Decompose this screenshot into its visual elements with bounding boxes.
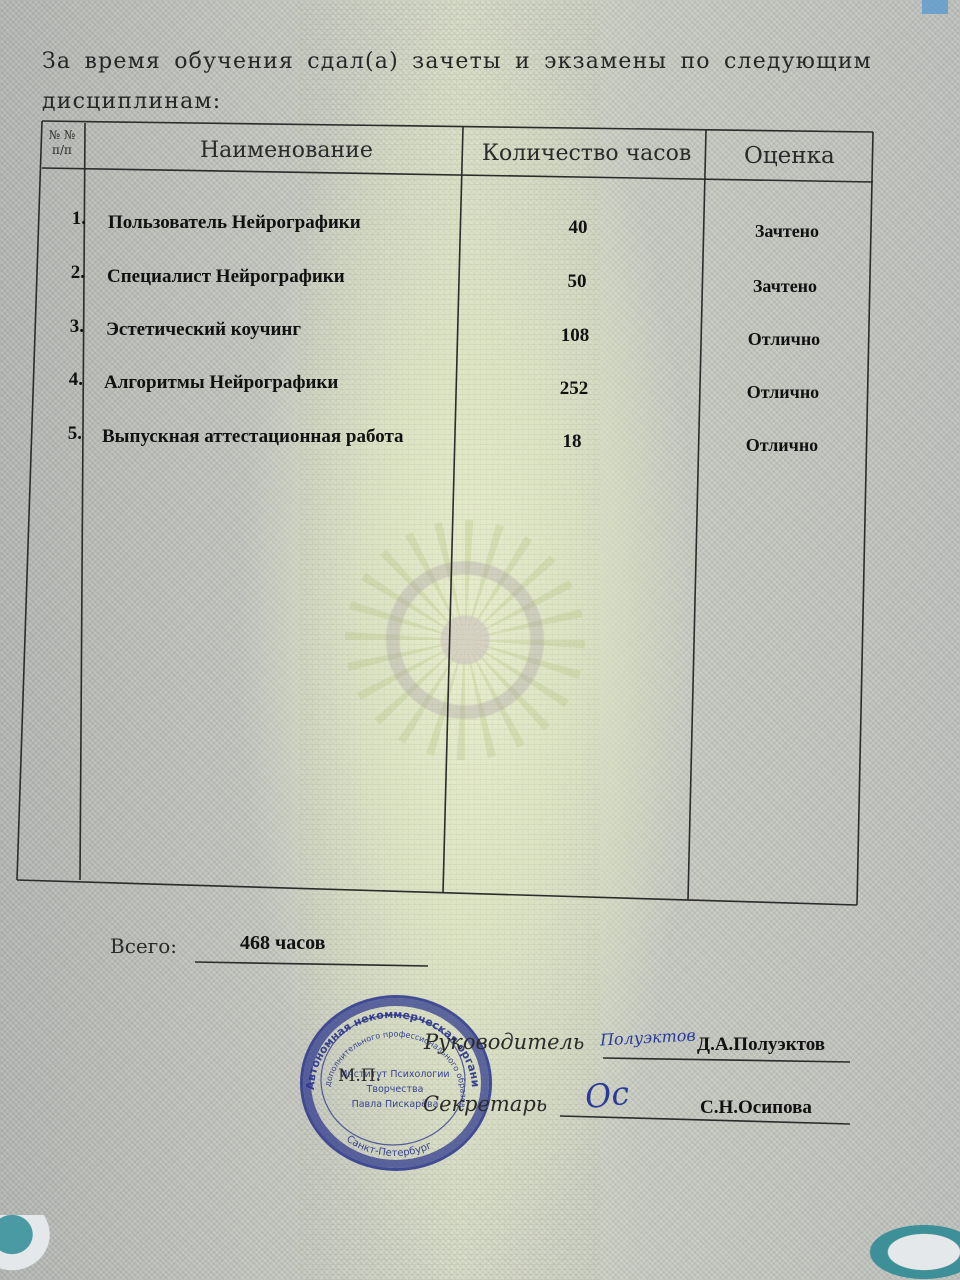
- decorative-corner-right: [840, 1210, 960, 1280]
- row-number: 1.: [46, 208, 86, 230]
- row-number: 4.: [43, 369, 83, 391]
- total-value: 468 часов: [240, 932, 325, 955]
- row-hours: 252: [534, 378, 614, 400]
- header-hours: Количество часов: [482, 141, 691, 166]
- row-number: 5.: [42, 423, 82, 445]
- header-grade: Оценка: [744, 143, 835, 169]
- row-hours: 108: [535, 325, 615, 347]
- row-name: Эстетический коучинг: [106, 319, 301, 341]
- row-name: Выпускная аттестационная работа: [102, 426, 404, 448]
- seal-mark: М.П.: [338, 1066, 381, 1086]
- row-grade: Зачтено: [732, 221, 842, 242]
- header-number: № № п/п: [44, 128, 80, 158]
- row-hours: 18: [532, 431, 612, 453]
- row-number: 2.: [45, 262, 85, 284]
- head-role: Руководитель: [424, 1030, 584, 1054]
- secretary-signature: Ос: [583, 1074, 631, 1116]
- decorative-corner-left: [0, 1215, 60, 1280]
- row-name: Алгоритмы Нейрографики: [104, 372, 338, 394]
- head-name: Д.А.Полуэктов: [697, 1034, 825, 1056]
- total-label: Всего:: [110, 934, 177, 958]
- row-number: 3.: [44, 316, 84, 338]
- row-hours: 40: [538, 217, 618, 239]
- row-name: Специалист Нейрографики: [107, 266, 345, 288]
- guilloche-rosette: [345, 520, 585, 760]
- row-grade: Отлично: [727, 435, 837, 456]
- secretary-role: Секретарь: [423, 1092, 547, 1116]
- header-name: Наименование: [200, 138, 373, 163]
- intro-text: За время обучения сдал(а) зачеты и экзам…: [42, 42, 872, 122]
- row-grade: Зачтено: [730, 276, 840, 297]
- row-grade: Отлично: [728, 382, 838, 403]
- row-hours: 50: [537, 271, 617, 293]
- secretary-name: С.Н.Осипова: [700, 1097, 812, 1119]
- row-name: Пользователь Нейрографики: [108, 212, 361, 234]
- row-grade: Отлично: [729, 329, 839, 350]
- svg-text:Санкт-Петербург: Санкт-Петербург: [344, 1134, 434, 1159]
- decorative-corner-top: [922, 0, 948, 14]
